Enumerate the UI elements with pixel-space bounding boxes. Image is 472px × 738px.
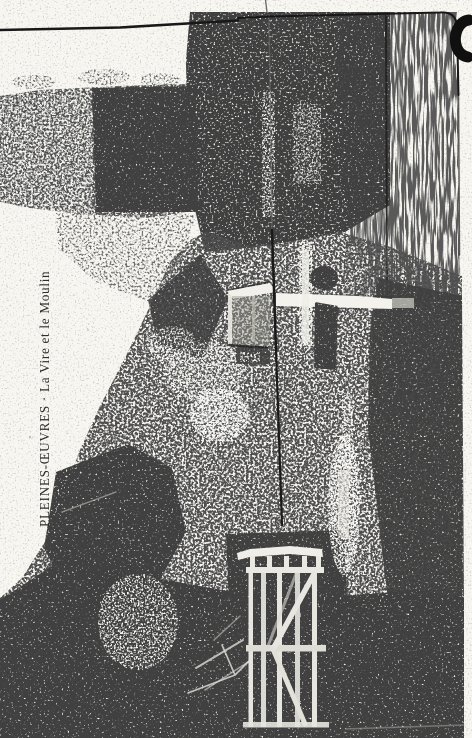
gate-mid-bar: [246, 645, 326, 652]
postcard-caption: PLEINES-ŒUVRES · La Vire et le Moulin: [37, 271, 53, 527]
gate-bottom-bar: [243, 722, 329, 728]
postcard-photo: [0, 0, 472, 738]
postcard-scan: PLEINES-ŒUVRES · La Vire et le Moulin: [0, 0, 472, 738]
tree-branch-band: [0, 69, 198, 218]
tree-mass: [186, 12, 390, 252]
